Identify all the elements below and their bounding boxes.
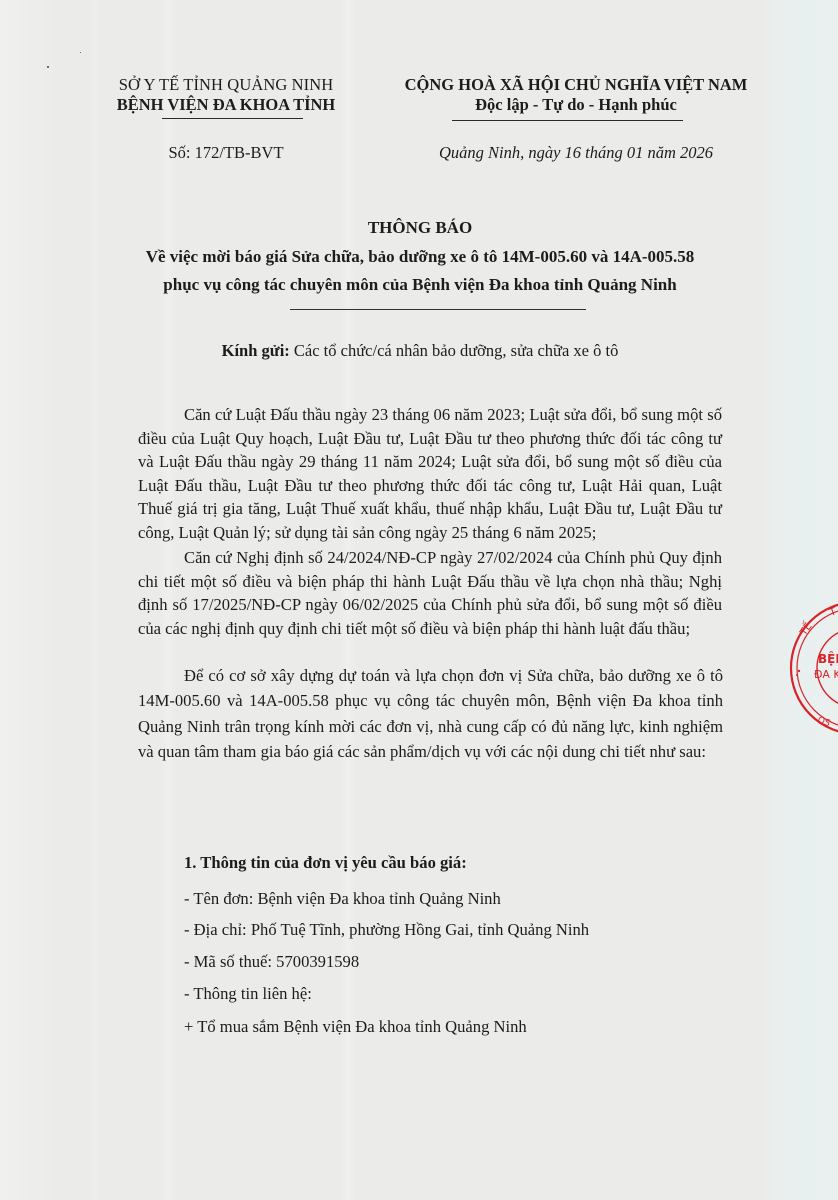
title-underline <box>290 309 586 310</box>
recipient-value: Các tổ chức/cá nhân bảo dưỡng, sửa chữa … <box>294 341 618 360</box>
recipient-label: Kính gửi: <box>222 341 290 360</box>
document-subject-line-2: phục vụ công tác chuyên môn của Bệnh việ… <box>100 275 740 295</box>
header-country: CỘNG HOÀ XÃ HỘI CHỦ NGHĨA VIỆT NAM <box>392 75 760 95</box>
list-item: - Mã số thuế: 5700391598 <box>184 952 359 972</box>
document-page: SỞ Y TẾ TỈNH QUẢNG NINH BỆNH VIỆN ĐA KHO… <box>0 0 838 1200</box>
header-right-underline <box>452 120 683 121</box>
header-organization: BỆNH VIỆN ĐA KHOA TỈNH <box>112 95 340 115</box>
official-stamp-icon: TẾ T BỆN ĐA K QS <box>787 598 838 738</box>
list-item: + Tổ mua sắm Bệnh viện Đa khoa tỉnh Quản… <box>184 1017 527 1037</box>
header-motto: Độc lập - Tự do - Hạnh phúc <box>392 95 760 115</box>
list-item: - Thông tin liên hệ: <box>184 984 312 1004</box>
svg-text:T: T <box>827 606 838 619</box>
body-paragraph-invitation: Để có cơ sở xây dựng dự toán và lựa chọn… <box>138 663 723 765</box>
section-1-heading: 1. Thông tin của đơn vị yêu cầu báo giá: <box>184 853 467 873</box>
place-date: Quảng Ninh, ngày 16 tháng 01 năm 2026 <box>392 143 760 163</box>
svg-text:BỆN: BỆN <box>818 651 838 666</box>
list-item: - Tên đơn: Bệnh viện Đa khoa tỉnh Quảng … <box>184 889 501 909</box>
svg-text:ĐA K: ĐA K <box>814 668 838 681</box>
scan-speck <box>80 52 81 53</box>
body-paragraph-legal-basis-decree: Căn cứ Nghị định số 24/2024/NĐ-CP ngày 2… <box>138 546 722 640</box>
scan-speck <box>47 66 49 68</box>
header-agency: SỞ Y TẾ TỈNH QUẢNG NINH <box>112 75 340 95</box>
document-number: Số: 172/TB-BVT <box>112 143 340 163</box>
list-item: - Địa chỉ: Phố Tuệ Tĩnh, phường Hồng Gai… <box>184 920 589 940</box>
recipient-line: Kính gửi: Các tổ chức/cá nhân bảo dưỡng,… <box>100 341 740 361</box>
document-title: THÔNG BÁO <box>100 218 740 238</box>
header-left-underline <box>162 118 303 119</box>
document-subject-line-1: Về việc mời báo giá Sửa chữa, bảo dưỡng … <box>100 247 740 267</box>
body-paragraph-legal-basis-law: Căn cứ Luật Đấu thầu ngày 23 tháng 06 nă… <box>138 403 722 545</box>
